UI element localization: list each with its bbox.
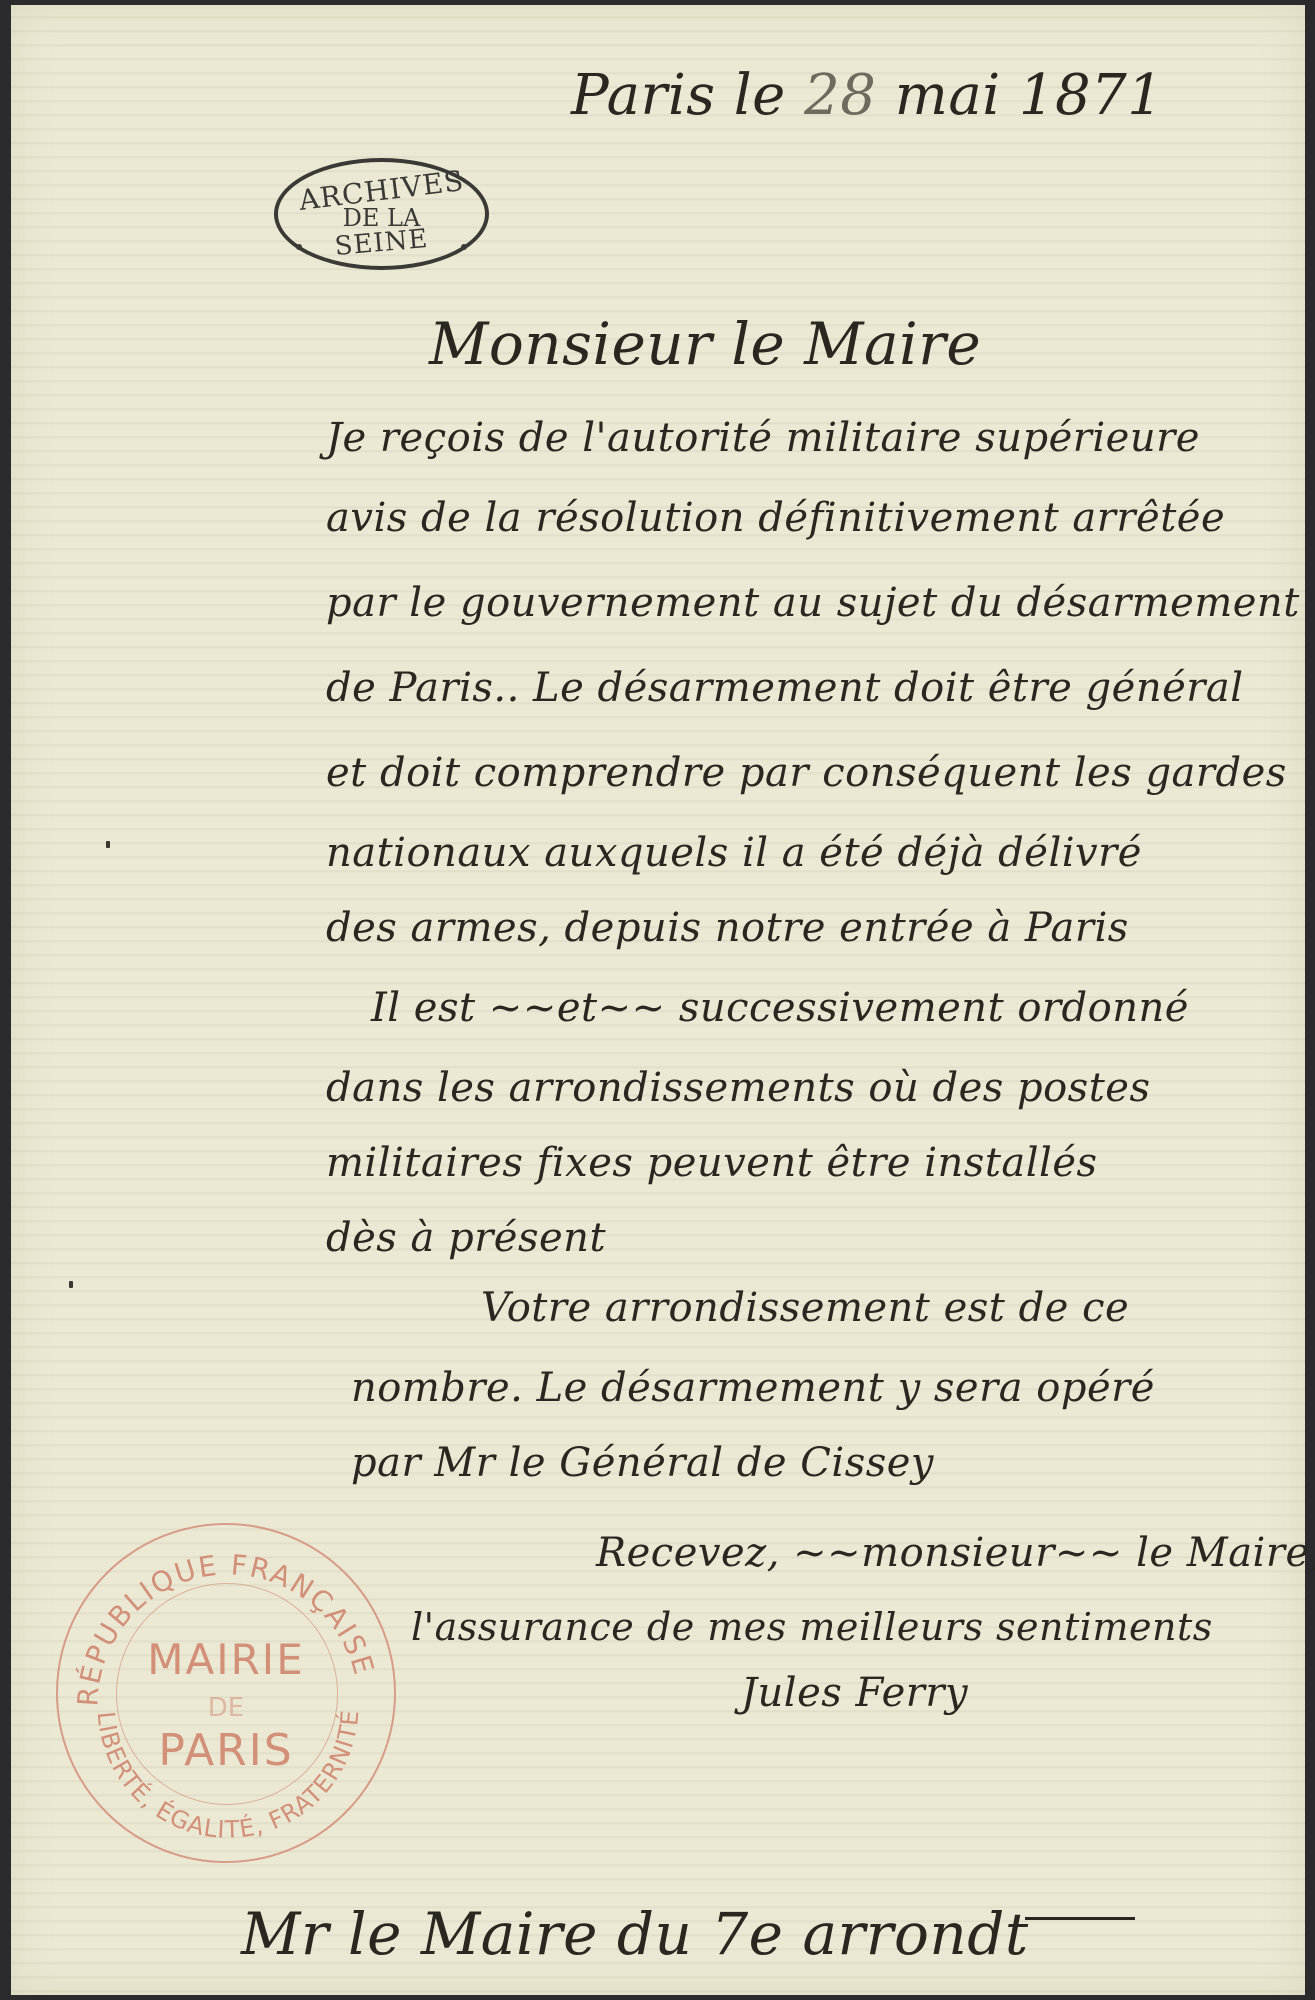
signature: Jules Ferry [741,1670,968,1716]
body-line: de Paris.. Le désarmement doit être géné… [326,665,1244,711]
addressee-text: Mr le Maire du 7e arrondt [241,1900,1029,1968]
dateline-month-year: mai 1871 [895,63,1164,128]
body-line: Recevez, ~~monsieur~~ le Maire, [596,1530,1315,1576]
ink-speck-icon [106,841,110,848]
salutation: Monsieur le Maire [429,310,981,378]
stamp-dot-icon [296,244,302,250]
body-line: des armes, depuis notre entrée à Paris [326,905,1129,951]
body-line: Il est ~~et~~ successivement ordonné [371,985,1189,1031]
body-line: Votre arrondissement est de ce [481,1285,1129,1331]
body-line: nombre. Le désarmement y sera opéré [351,1365,1155,1411]
stamp-dot-icon [461,244,467,250]
body-line: nationaux auxquels il a été déjà délivré [326,830,1142,876]
archives-de-la-seine-stamp: ARCHIVES DE LA SEINE [274,158,489,270]
body-line: dès à présent [326,1215,606,1261]
body-line: militaires fixes peuvent être installés [326,1140,1098,1186]
body-line: par Mr le Général de Cissey [351,1440,934,1486]
body-line: l'assurance de mes meilleurs sentiments [411,1605,1213,1649]
addressee: Mr le Maire du 7e arrondt [241,1900,1135,1968]
body-line: par le gouvernement au sujet du désarmem… [326,580,1300,626]
dateline-prefix: Paris le [571,63,786,128]
dateline: Paris le 28 mai 1871 [571,63,1163,128]
body-line: Je reçois de l'autorité militaire supéri… [326,415,1200,461]
body-line: avis de la résolution définitivement arr… [326,495,1225,541]
mairie-de-paris-stamp: RÉPUBLIQUE FRANÇAISE LIBERTÉ, ÉGALITÉ, F… [56,1523,396,1863]
body-line: et doit comprendre par conséquent les ga… [326,750,1287,796]
letter-sheet: Paris le 28 mai 1871 ARCHIVES DE LA SEIN… [11,5,1305,1995]
stamp-mairie-line1: MAIRIE [58,1635,394,1684]
ink-speck-icon [69,1281,73,1288]
body-line: dans les arrondissements où des postes [326,1065,1150,1111]
stamp-mairie-line2: DE [58,1693,394,1723]
dateline-day: 28 [804,63,876,128]
flourish-line [1025,1917,1135,1920]
stamp-mairie-line3: PARIS [58,1725,394,1776]
